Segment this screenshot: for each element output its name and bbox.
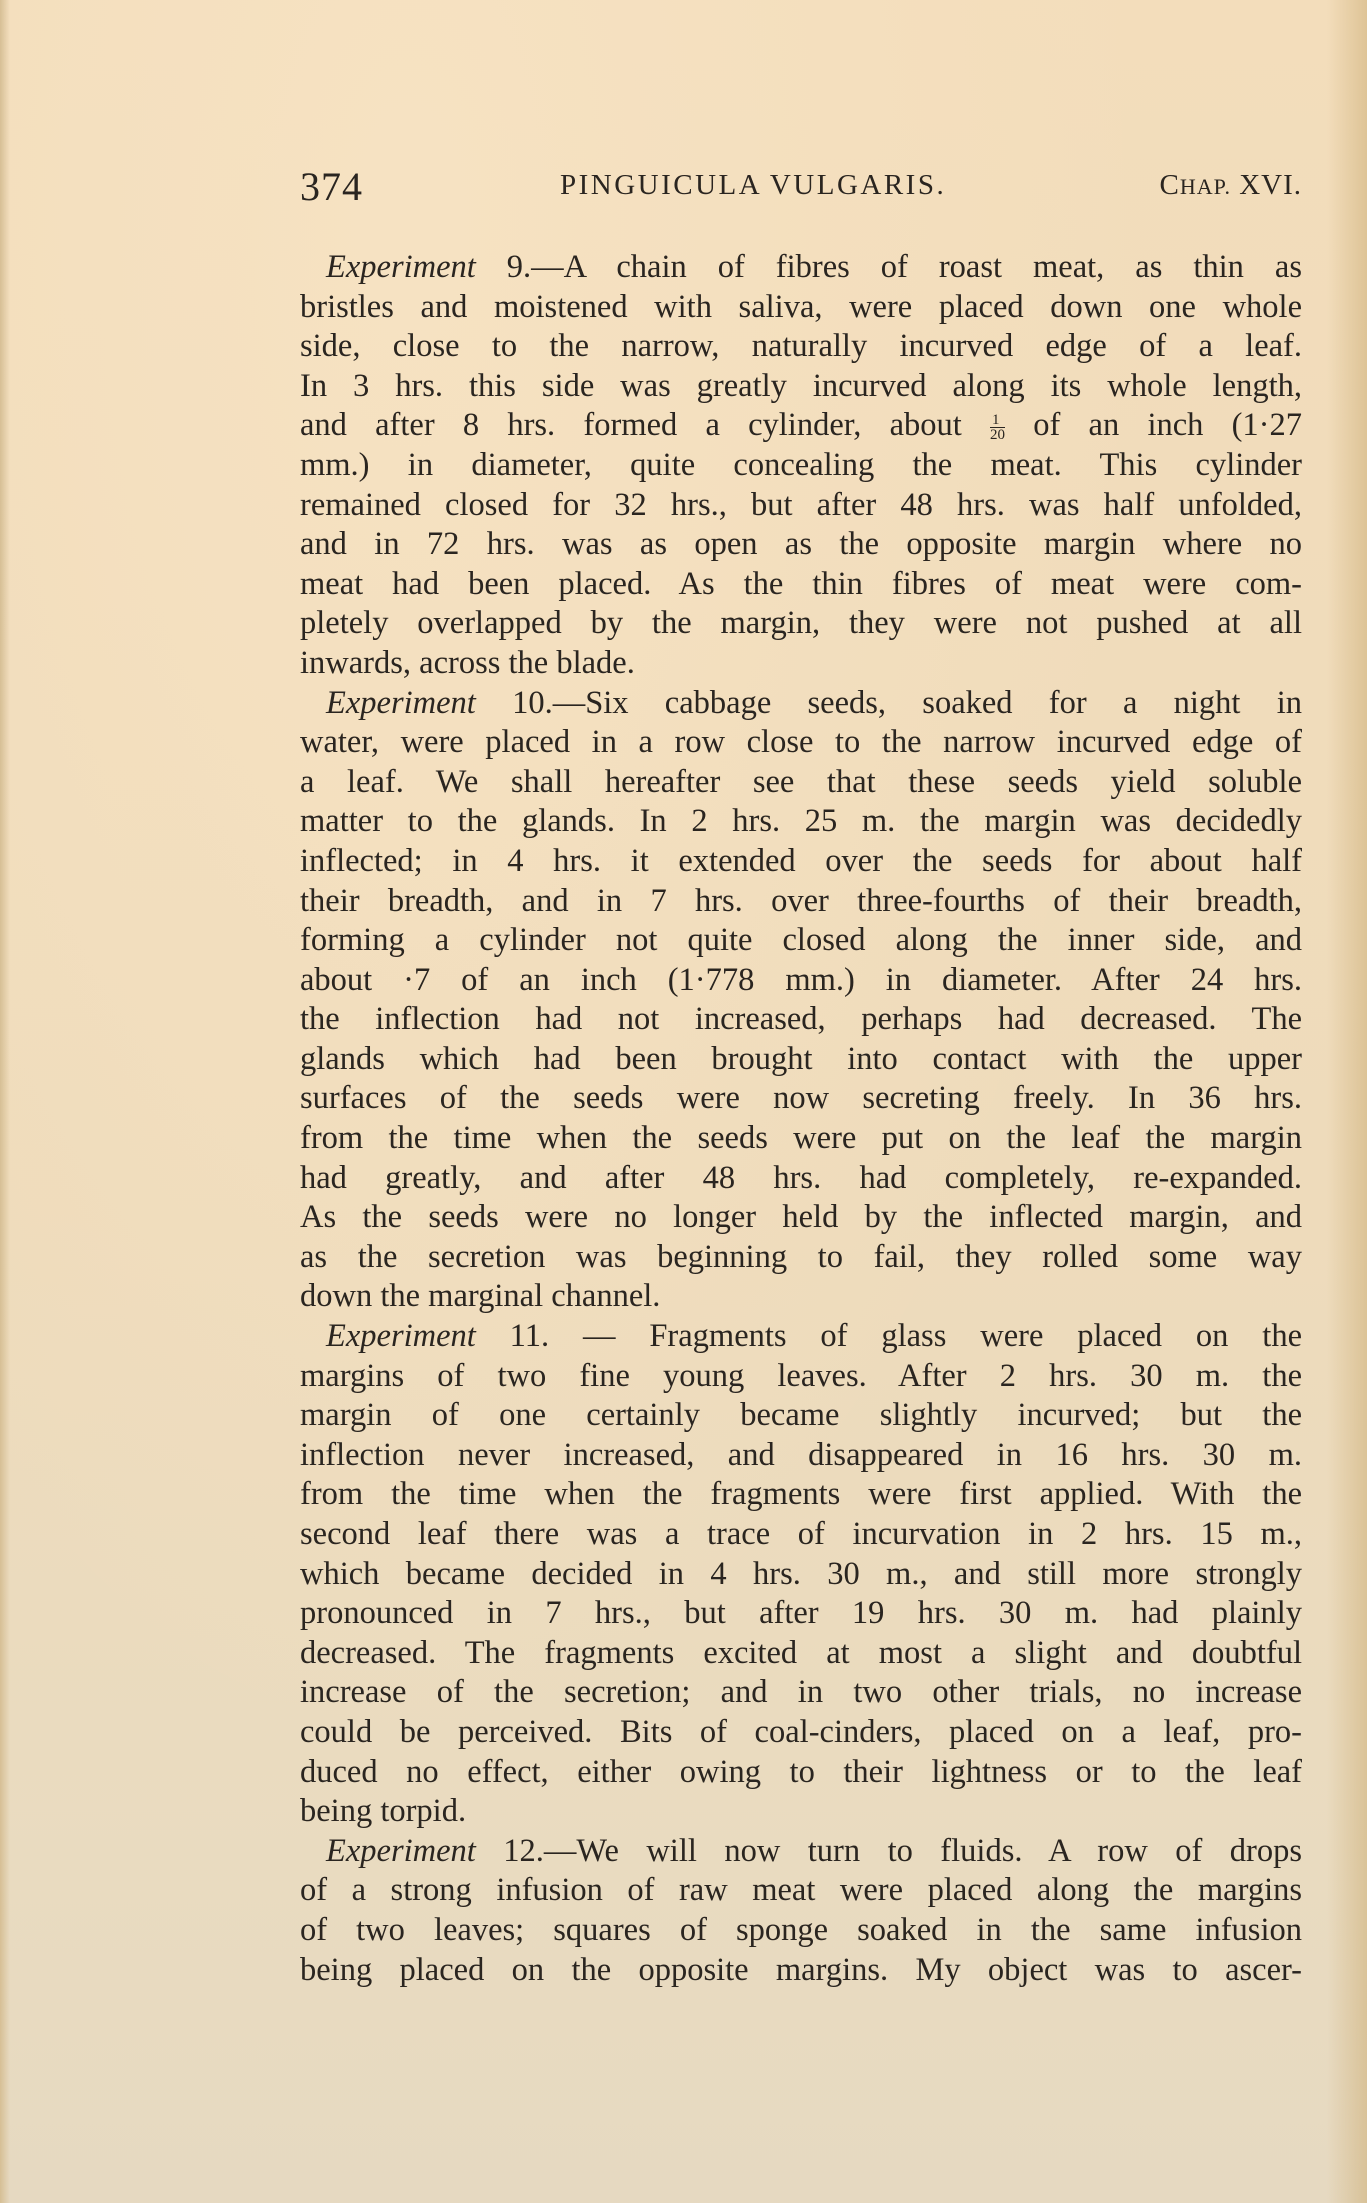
running-head: 374 PINGUICULA VULGARIS. CHAP. XVI. (300, 163, 1302, 213)
text-line: inflected; in 4 hrs. it extended over th… (300, 842, 1302, 882)
text-line: Experiment 10.—Six cabbage seeds, soaked… (300, 684, 1302, 724)
text-line: side, close to the narrow, naturally inc… (300, 327, 1302, 367)
text-line: Experiment 12.—We will now turn to fluid… (300, 1832, 1302, 1872)
text-line: had greatly, and after 48 hrs. had compl… (300, 1159, 1302, 1199)
fraction: 120 (990, 413, 1005, 442)
text-line: of a strong infusion of raw meat were pl… (300, 1871, 1302, 1911)
text-line: remained closed for 32 hrs., but after 4… (300, 486, 1302, 526)
text-line: decreased. The fragments excited at most… (300, 1634, 1302, 1674)
text-line: In 3 hrs. this side was greatly incurved… (300, 367, 1302, 407)
text-line: mm.) in diameter, quite concealing the m… (300, 446, 1302, 486)
text-line: and in 72 hrs. was as open as the opposi… (300, 525, 1302, 565)
text-line: about ·7 of an inch (1·778 mm.) in diame… (300, 961, 1302, 1001)
text-line: margin of one certainly became slightly … (300, 1396, 1302, 1436)
text-line: water, were placed in a row close to the… (300, 723, 1302, 763)
text-line: from the time when the fragments were fi… (300, 1475, 1302, 1515)
experiment-label: Experiment (326, 685, 476, 721)
text-line: inwards, across the blade. (300, 644, 1302, 684)
text-line: Experiment 9.—A chain of fibres of roast… (300, 248, 1302, 288)
chapter-label: CHAP. XVI. (1160, 169, 1302, 202)
chapter-prefix: C (1160, 169, 1180, 201)
experiment-label: Experiment (326, 1833, 476, 1869)
paragraph-experiment-9: Experiment 9.—A chain of fibres of roast… (300, 248, 1302, 684)
text-line: their breadth, and in 7 hrs. over three-… (300, 882, 1302, 922)
text-line: pronounced in 7 hrs., but after 19 hrs. … (300, 1594, 1302, 1634)
chapter-number: XVI. (1239, 169, 1302, 201)
body-text: Experiment 9.—A chain of fibres of roast… (300, 248, 1302, 1990)
text-line: duced no effect, either owing to their l… (300, 1753, 1302, 1793)
page-number: 374 (300, 163, 363, 210)
text-line: down the marginal channel. (300, 1277, 1302, 1317)
text-line: As the seeds were no longer held by the … (300, 1198, 1302, 1238)
text-line: and after 8 hrs. formed a cylinder, abou… (300, 406, 1302, 446)
paragraph-experiment-12: Experiment 12.—We will now turn to fluid… (300, 1832, 1302, 1990)
paragraph-experiment-11: Experiment 11. — Fragments of glass were… (300, 1317, 1302, 1832)
text-line: from the time when the seeds were put on… (300, 1119, 1302, 1159)
chapter-smallcaps: HAP. (1180, 174, 1231, 199)
text-line: surfaces of the seeds were now secreting… (300, 1079, 1302, 1119)
text-line: bristles and moistened with saliva, were… (300, 288, 1302, 328)
text-line: pletely overlapped by the margin, they w… (300, 604, 1302, 644)
text-line: margins of two fine young leaves. After … (300, 1357, 1302, 1397)
text-line: being torpid. (300, 1792, 1302, 1832)
page-edge-shadow (1327, 0, 1367, 2203)
experiment-label: Experiment (326, 1318, 476, 1354)
text-line: of two leaves; squares of sponge soaked … (300, 1911, 1302, 1951)
text-line: Experiment 11. — Fragments of glass were… (300, 1317, 1302, 1357)
text-line: the inflection had not increased, perhap… (300, 1000, 1302, 1040)
text-line: matter to the glands. In 2 hrs. 25 m. th… (300, 802, 1302, 842)
page-spine-shadow (0, 0, 10, 2203)
text-line: glands which had been brought into conta… (300, 1040, 1302, 1080)
paragraph-experiment-10: Experiment 10.—Six cabbage seeds, soaked… (300, 684, 1302, 1318)
running-title: PINGUICULA VULGARIS. (560, 169, 946, 202)
text-line: second leaf there was a trace of incurva… (300, 1515, 1302, 1555)
text-line: could be perceived. Bits of coal-cinders… (300, 1713, 1302, 1753)
text-line: being placed on the opposite margins. My… (300, 1951, 1302, 1991)
text-line: as the secretion was beginning to fail, … (300, 1238, 1302, 1278)
text-line: which became decided in 4 hrs. 30 m., an… (300, 1555, 1302, 1595)
text-line: meat had been placed. As the thin fibres… (300, 565, 1302, 605)
text-line: inflection never increased, and disappea… (300, 1436, 1302, 1476)
text-line: increase of the secretion; and in two ot… (300, 1673, 1302, 1713)
text-line: a leaf. We shall hereafter see that thes… (300, 763, 1302, 803)
experiment-label: Experiment (326, 249, 476, 285)
text-line: forming a cylinder not quite closed alon… (300, 921, 1302, 961)
